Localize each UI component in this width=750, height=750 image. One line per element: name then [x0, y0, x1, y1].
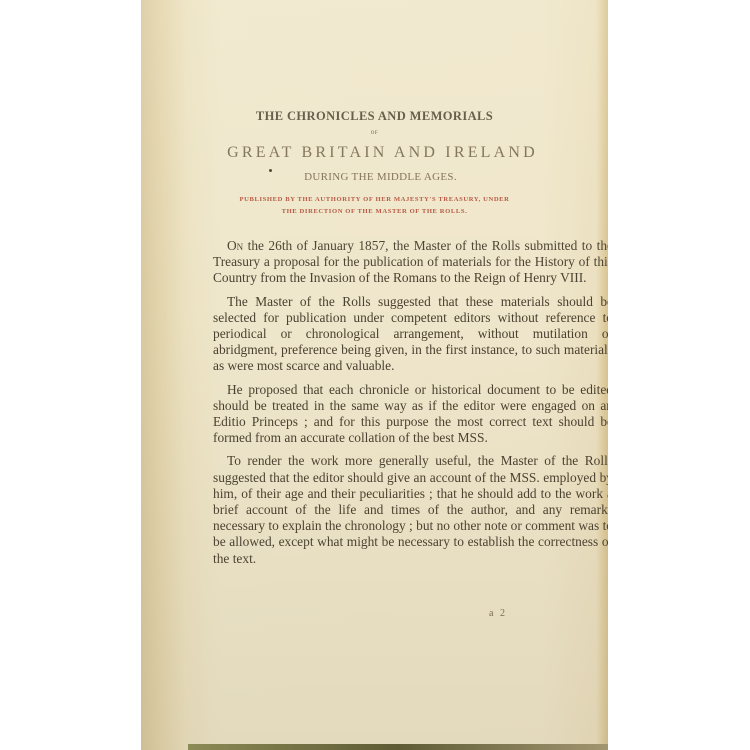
body-text: On the 26th of January 1857, the Master …: [213, 238, 608, 574]
book-edge-strip: [188, 744, 608, 750]
book-page: THE CHRONICLES AND MEMORIALS OF GREAT BR…: [141, 0, 608, 750]
paragraph-1: On the 26th of January 1857, the Master …: [213, 238, 608, 287]
paragraph-1-text: the 26th of January 1857, the Master of …: [213, 238, 608, 285]
title-chronicles-and-memorials: THE CHRONICLES AND MEMORIALS: [141, 109, 608, 124]
title-of: OF: [141, 131, 608, 136]
paragraph-1-lead: On: [227, 238, 243, 253]
signature-mark: a 2: [489, 608, 507, 619]
paragraph-3: He proposed that each chronicle or histo…: [213, 382, 608, 447]
paragraph-2: The Master of the Rolls suggested that t…: [213, 294, 608, 375]
publisher-note-line2: THE DIRECTION OF THE MASTER OF THE ROLLS…: [141, 208, 608, 215]
publisher-note-line1: PUBLISHED BY THE AUTHORITY OF HER MAJEST…: [141, 196, 608, 203]
title-great-britain-and-ireland: GREAT BRITAIN AND IRELAND: [149, 144, 608, 162]
title-during-the-middle-ages: DURING THE MIDDLE AGES.: [147, 171, 608, 183]
paragraph-4: To render the work more generally useful…: [213, 453, 608, 566]
